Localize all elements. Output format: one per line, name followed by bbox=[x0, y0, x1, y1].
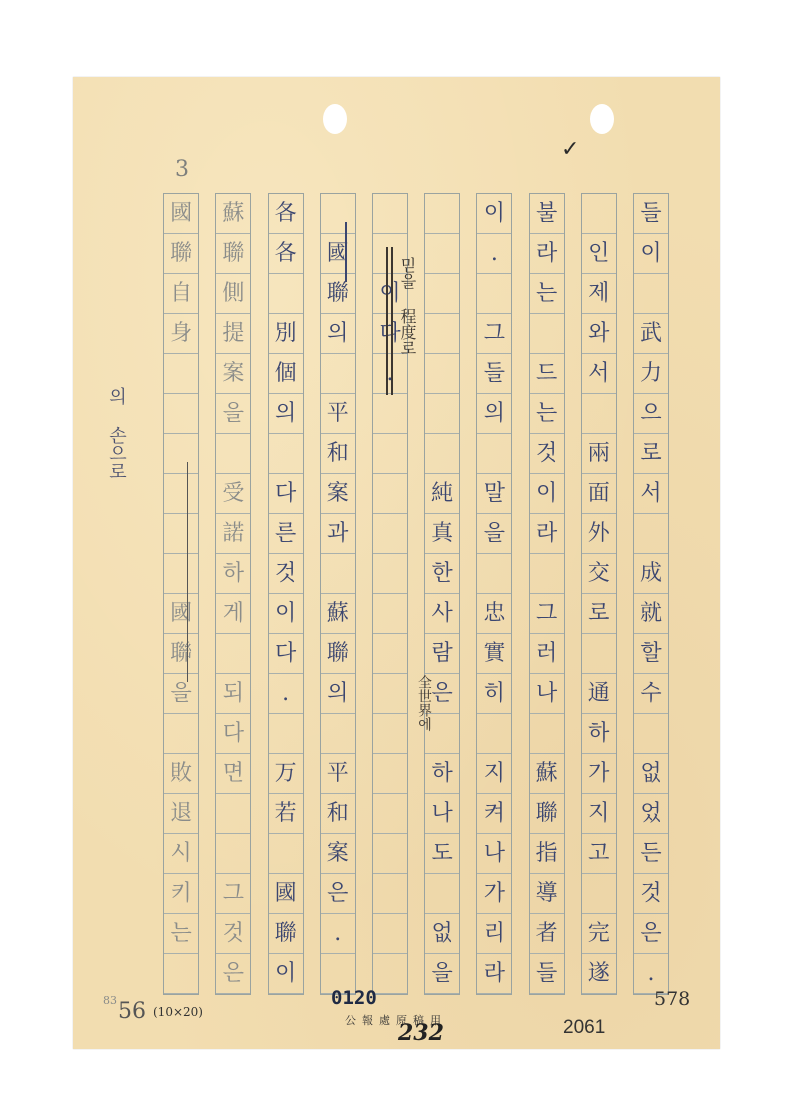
grid-cell: 하 bbox=[582, 714, 616, 754]
grid-cell: 의 bbox=[477, 394, 511, 434]
grid-column-7: 國聯의平和案과蘇聯의平和案은. bbox=[320, 193, 356, 995]
grid-cell: 되 bbox=[216, 674, 250, 714]
grid-cell: 다 bbox=[269, 634, 303, 674]
punch-hole-left bbox=[323, 104, 347, 134]
grid-cell bbox=[373, 954, 407, 994]
grid-cell: 가 bbox=[477, 874, 511, 914]
grid-cell: 하 bbox=[425, 754, 459, 794]
grid-cell bbox=[321, 714, 355, 754]
grid-cell: 었 bbox=[634, 794, 668, 834]
grid-cell: 드 bbox=[530, 354, 564, 394]
grid-cell bbox=[373, 834, 407, 874]
grid-cell: 한 bbox=[425, 554, 459, 594]
grid-cell: 蘇 bbox=[216, 194, 250, 234]
margin-note: 의 손으로 bbox=[103, 387, 129, 480]
grid-cell bbox=[164, 354, 198, 394]
grid-cell: 國 bbox=[164, 194, 198, 234]
grid-cell bbox=[164, 554, 198, 594]
grid-cell: 제 bbox=[582, 274, 616, 314]
grid-column-2: 인제와서兩面外交로通하가지고完遂 bbox=[581, 193, 617, 995]
grid-cell bbox=[373, 874, 407, 914]
grid-cell bbox=[216, 634, 250, 674]
grid-cell: . bbox=[373, 354, 407, 394]
grid-cell: 各 bbox=[269, 234, 303, 274]
grid-cell: 案 bbox=[321, 834, 355, 874]
grid-cell: 면 bbox=[216, 754, 250, 794]
grid-column-9: 蘇聯側提案을受諾하게되다면그것은 bbox=[215, 193, 251, 995]
grid-cell: 은 bbox=[634, 914, 668, 954]
folio-number-right: 578 bbox=[654, 988, 690, 1010]
grid-cell: 이 bbox=[269, 954, 303, 994]
grid-cell: 이 bbox=[477, 194, 511, 234]
grid-cell: 서 bbox=[634, 474, 668, 514]
manuscript-page: ✓ 3 들이武力으로서成就할수없었든것은.인제와서兩面外交로通하가지고完遂불라는… bbox=[73, 77, 720, 1049]
grid-cell: 인 bbox=[582, 234, 616, 274]
grid-cell: 의 bbox=[321, 674, 355, 714]
grid-cell bbox=[373, 714, 407, 754]
grid-cell: 遂 bbox=[582, 954, 616, 994]
grid-cell bbox=[373, 594, 407, 634]
strikethrough-mark bbox=[187, 462, 188, 682]
grid-cell: 게 bbox=[216, 594, 250, 634]
grid-cell bbox=[634, 514, 668, 554]
grid-cell: 불 bbox=[530, 194, 564, 234]
grid-cell: 案 bbox=[216, 354, 250, 394]
grid-cell bbox=[373, 914, 407, 954]
grid-cell: 나 bbox=[425, 794, 459, 834]
grid-cell bbox=[477, 554, 511, 594]
grid-cell: 身 bbox=[164, 314, 198, 354]
grid-cell: 을 bbox=[216, 394, 250, 434]
grid-cell bbox=[582, 194, 616, 234]
grid-cell: 諾 bbox=[216, 514, 250, 554]
grid-cell bbox=[373, 514, 407, 554]
grid-cell bbox=[634, 274, 668, 314]
grid-cell: 는 bbox=[530, 394, 564, 434]
grid-cell: 交 bbox=[582, 554, 616, 594]
grid-cell bbox=[373, 794, 407, 834]
grid-column-5: 純真한사람은하나도없을 bbox=[424, 193, 460, 995]
grid-cell bbox=[164, 434, 198, 474]
grid-cell: 純 bbox=[425, 474, 459, 514]
grid-cell: 라 bbox=[530, 234, 564, 274]
grid-cell bbox=[321, 554, 355, 594]
grid-cell: 없 bbox=[425, 914, 459, 954]
grid-cell bbox=[582, 394, 616, 434]
grid-cell: 真 bbox=[425, 514, 459, 554]
grid-cell: 兩 bbox=[582, 434, 616, 474]
grid-cell bbox=[425, 394, 459, 434]
grid-cell: 退 bbox=[164, 794, 198, 834]
grid-cell: 自 bbox=[164, 274, 198, 314]
grid-cell: 을 bbox=[425, 954, 459, 994]
grid-cell: . bbox=[321, 914, 355, 954]
grid-cell: 和 bbox=[321, 794, 355, 834]
grid-cell: 는 bbox=[164, 914, 198, 954]
grid-cell: . bbox=[269, 674, 303, 714]
grid-cell: 聯 bbox=[216, 234, 250, 274]
grid-cell: 라 bbox=[477, 954, 511, 994]
grid-cell: 이 bbox=[269, 594, 303, 634]
grid-cell: 聯 bbox=[530, 794, 564, 834]
grid-cell: 者 bbox=[530, 914, 564, 954]
grid-cell: 側 bbox=[216, 274, 250, 314]
grid-cell: 것 bbox=[269, 554, 303, 594]
grid-cell bbox=[373, 434, 407, 474]
grid-cell: 提 bbox=[216, 314, 250, 354]
strikethrough-mark bbox=[386, 247, 388, 395]
grid-column-8: 各各別個의다른것이다.万若國聯이 bbox=[268, 193, 304, 995]
grid-cell: 完 bbox=[582, 914, 616, 954]
strikethrough-mark bbox=[391, 247, 393, 395]
grid-cell bbox=[373, 754, 407, 794]
grid-cell: 導 bbox=[530, 874, 564, 914]
grid-cell: 도 bbox=[425, 834, 459, 874]
grid-cell: 和 bbox=[321, 434, 355, 474]
grid-cell: 聯 bbox=[321, 274, 355, 314]
grid-cell: 과 bbox=[321, 514, 355, 554]
grid-cell: 國 bbox=[321, 234, 355, 274]
grid-cell: 없 bbox=[634, 754, 668, 794]
grid-cell: 다 bbox=[269, 474, 303, 514]
grid-cell: 聯 bbox=[164, 234, 198, 274]
checkmark-icon: ✓ bbox=[561, 137, 579, 162]
grid-cell: 서 bbox=[582, 354, 616, 394]
grid-cell bbox=[530, 314, 564, 354]
grid-cell: 은 bbox=[321, 874, 355, 914]
grid-cell bbox=[373, 394, 407, 434]
grid-cell: 의 bbox=[269, 394, 303, 434]
grid-cell: 나 bbox=[530, 674, 564, 714]
grid-cell bbox=[321, 194, 355, 234]
grid-cell: 사 bbox=[425, 594, 459, 634]
grid-cell: 이 bbox=[530, 474, 564, 514]
grid-cell: 万 bbox=[269, 754, 303, 794]
folio-pencil-small: 83 bbox=[103, 994, 117, 1007]
grid-cell: 力 bbox=[634, 354, 668, 394]
grid-cell: 指 bbox=[530, 834, 564, 874]
grid-cell: 키 bbox=[164, 874, 198, 914]
grid-cell bbox=[425, 314, 459, 354]
grid-cell: 것 bbox=[634, 874, 668, 914]
grid-column-4: 이.그들의말을忠實히지켜나가리라 bbox=[476, 193, 512, 995]
insertion-note: 믿을 程度로 bbox=[396, 257, 419, 356]
grid-cell: 敗 bbox=[164, 754, 198, 794]
grid-cell: 들 bbox=[634, 194, 668, 234]
grid-cell bbox=[477, 714, 511, 754]
grid-cell: 案 bbox=[321, 474, 355, 514]
grid-cell: 할 bbox=[634, 634, 668, 674]
grid-cell: 지 bbox=[582, 794, 616, 834]
grid-cell: 實 bbox=[477, 634, 511, 674]
grid-cell: 聯 bbox=[321, 634, 355, 674]
grid-cell: 든 bbox=[634, 834, 668, 874]
grid-cell bbox=[425, 234, 459, 274]
grid-cell bbox=[216, 434, 250, 474]
grid-cell: 는 bbox=[530, 274, 564, 314]
grid-cell bbox=[425, 194, 459, 234]
stamp-number: 0120 bbox=[331, 987, 377, 1009]
grid-cell: 나 bbox=[477, 834, 511, 874]
grid-cell: 다 bbox=[216, 714, 250, 754]
grid-cell: 러 bbox=[530, 634, 564, 674]
grid-cell: 忠 bbox=[477, 594, 511, 634]
grid-cell: 面 bbox=[582, 474, 616, 514]
grid-cell: 國 bbox=[164, 594, 198, 634]
grid-cell bbox=[269, 274, 303, 314]
grid-cell: 蘇 bbox=[321, 594, 355, 634]
grid-size-label: (10×20) bbox=[153, 1005, 203, 1019]
grid-cell: 것 bbox=[530, 434, 564, 474]
folio-number-bottom: 2061 bbox=[563, 1017, 605, 1039]
grid-cell bbox=[425, 354, 459, 394]
grid-cell: 個 bbox=[269, 354, 303, 394]
grid-cell: 의 bbox=[321, 314, 355, 354]
grid-cell: 켜 bbox=[477, 794, 511, 834]
grid-cell: 로 bbox=[582, 594, 616, 634]
grid-cell: 은 bbox=[216, 954, 250, 994]
grid-cell bbox=[216, 834, 250, 874]
grid-cell: 지 bbox=[477, 754, 511, 794]
grid-cell: 各 bbox=[269, 194, 303, 234]
grid-cell bbox=[269, 714, 303, 754]
grid-cell bbox=[373, 194, 407, 234]
grid-cell bbox=[164, 514, 198, 554]
grid-cell: 聯 bbox=[164, 634, 198, 674]
grid-cell bbox=[582, 874, 616, 914]
grid-cell: 히 bbox=[477, 674, 511, 714]
grid-cell: 고 bbox=[582, 834, 616, 874]
strikethrough-mark bbox=[345, 222, 347, 282]
grid-cell bbox=[164, 394, 198, 434]
grid-cell: 受 bbox=[216, 474, 250, 514]
grid-cell: 別 bbox=[269, 314, 303, 354]
grid-cell bbox=[477, 274, 511, 314]
grid-cell: 라 bbox=[530, 514, 564, 554]
grid-cell bbox=[269, 834, 303, 874]
grid-cell bbox=[164, 954, 198, 994]
grid-cell: 蘇 bbox=[530, 754, 564, 794]
grid-cell: 平 bbox=[321, 754, 355, 794]
grid-cell bbox=[164, 714, 198, 754]
grid-cell: 른 bbox=[269, 514, 303, 554]
grid-cell bbox=[425, 274, 459, 314]
grid-cell: 하 bbox=[216, 554, 250, 594]
grid-cell: 이 bbox=[634, 234, 668, 274]
page-number-margin: 3 bbox=[175, 157, 189, 182]
grid-cell bbox=[216, 794, 250, 834]
grid-cell: 람 bbox=[425, 634, 459, 674]
grid-cell bbox=[530, 554, 564, 594]
grid-cell: 와 bbox=[582, 314, 616, 354]
insertion-note-2: 全世界에 bbox=[414, 675, 434, 731]
grid-cell: 으 bbox=[634, 394, 668, 434]
grid-cell bbox=[373, 474, 407, 514]
grid-cell: 平 bbox=[321, 394, 355, 434]
grid-cell: 그 bbox=[477, 314, 511, 354]
handwritten-folio: 232 bbox=[398, 1020, 444, 1046]
grid-cell bbox=[477, 434, 511, 474]
grid-cell: 말 bbox=[477, 474, 511, 514]
grid-cell: 가 bbox=[582, 754, 616, 794]
grid-cell: 國 bbox=[269, 874, 303, 914]
grid-cell: 聯 bbox=[269, 914, 303, 954]
folio-pencil: 56 bbox=[118, 999, 146, 1024]
punch-hole-right bbox=[590, 104, 614, 134]
grid-cell: 들 bbox=[477, 354, 511, 394]
grid-cell bbox=[530, 714, 564, 754]
grid-cell bbox=[269, 434, 303, 474]
grid-cell: 들 bbox=[530, 954, 564, 994]
grid-cell bbox=[634, 714, 668, 754]
grid-cell bbox=[425, 434, 459, 474]
grid-cell: . bbox=[477, 234, 511, 274]
grid-cell bbox=[373, 554, 407, 594]
grid-cell bbox=[373, 634, 407, 674]
grid-cell: 그 bbox=[216, 874, 250, 914]
grid-cell: 로 bbox=[634, 434, 668, 474]
grid-cell: 수 bbox=[634, 674, 668, 714]
grid-cell: 成 bbox=[634, 554, 668, 594]
grid-cell: 武 bbox=[634, 314, 668, 354]
grid-cell: 外 bbox=[582, 514, 616, 554]
grid-cell: 을 bbox=[164, 674, 198, 714]
grid-column-10: 國聯自身國聯을敗退시키는 bbox=[163, 193, 199, 995]
grid-cell: 것 bbox=[216, 914, 250, 954]
grid-cell: 通 bbox=[582, 674, 616, 714]
grid-column-1: 들이武力으로서成就할수없었든것은. bbox=[633, 193, 669, 995]
grid-cell: 을 bbox=[477, 514, 511, 554]
grid-cell: 그 bbox=[530, 594, 564, 634]
grid-cell bbox=[164, 474, 198, 514]
grid-cell: 시 bbox=[164, 834, 198, 874]
grid-cell bbox=[321, 354, 355, 394]
grid-cell bbox=[425, 874, 459, 914]
grid-cell: 就 bbox=[634, 594, 668, 634]
grid-cell bbox=[373, 674, 407, 714]
grid-cell: 若 bbox=[269, 794, 303, 834]
grid-column-3: 불라는드는것이라그러나蘇聯指導者들 bbox=[529, 193, 565, 995]
grid-cell bbox=[582, 634, 616, 674]
grid-cell: 리 bbox=[477, 914, 511, 954]
